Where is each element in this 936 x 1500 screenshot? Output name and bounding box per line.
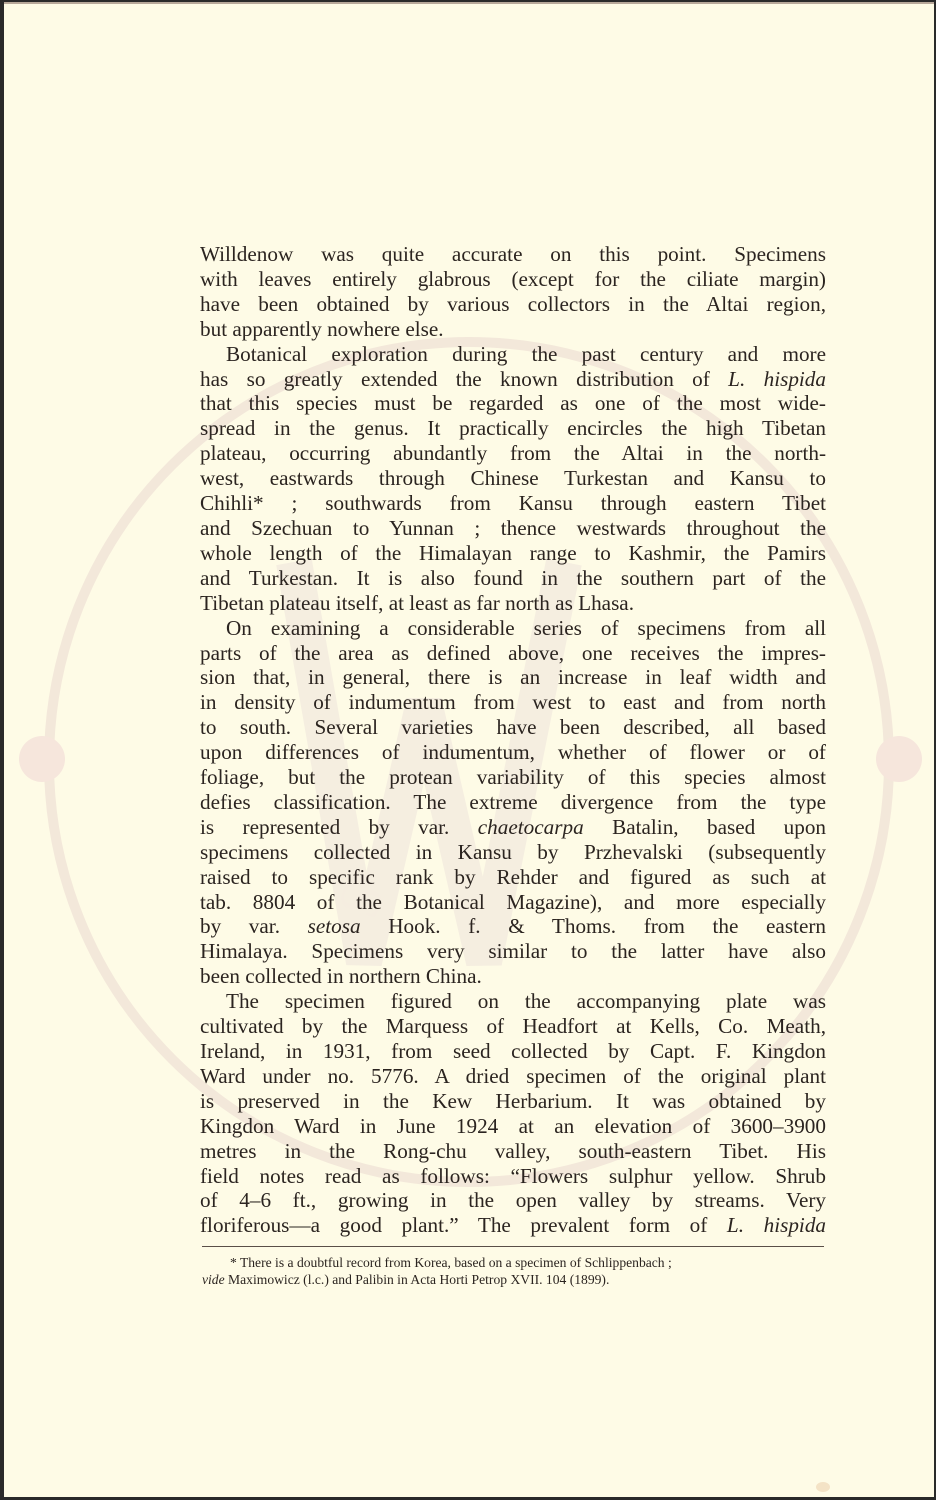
- text-line: with leaves entirely glabrous (except fo…: [200, 267, 826, 292]
- text-line: field notes read as follows: “Flowers su…: [200, 1164, 826, 1189]
- paper-stain: [816, 1482, 830, 1492]
- paragraph-3: On examining a considerable series of sp…: [200, 616, 826, 990]
- text-line: is represented by var. chaetocarpa Batal…: [200, 815, 826, 840]
- text-line: floriferous—a good plant.” The prevalent…: [200, 1213, 826, 1238]
- text-line: Ireland, in 1931, from seed collected by…: [200, 1039, 826, 1064]
- text-line: metres in the Rong-chu valley, south-eas…: [200, 1139, 826, 1164]
- paragraph-4: The specimen figured on the accompanying…: [200, 989, 826, 1238]
- text-span: Batalin, based upon: [584, 815, 826, 839]
- text-line: Kingdon Ward in June 1924 at an elevatio…: [200, 1114, 826, 1139]
- text-line: west, eastwards through Chinese Turkesta…: [200, 466, 826, 491]
- text-line: been collected in northern China.: [200, 964, 826, 989]
- text-line: that this species must be regarded as on…: [200, 391, 826, 416]
- text-line: upon differences of indumentum, whether …: [200, 740, 826, 765]
- page-edge: [4, 2, 934, 4]
- paragraph-1: Willdenow was quite accurate on this poi…: [200, 242, 826, 342]
- text-line: and Szechuan to Yunnan ; thence westward…: [200, 516, 826, 541]
- text-line: specimens collected in Kansu by Przheval…: [200, 840, 826, 865]
- text-line: cultivated by the Marquess of Headfort a…: [200, 1014, 826, 1039]
- body-text: Willdenow was quite accurate on this poi…: [200, 242, 826, 1238]
- text-span: has so greatly extended the known distri…: [200, 367, 728, 391]
- text-line: to south. Several varieties have been de…: [200, 715, 826, 740]
- text-line: Tibetan plateau itself, at least as far …: [200, 591, 826, 616]
- text-span: is represented by var.: [200, 815, 478, 839]
- text-line: parts of the area as defined above, one …: [200, 641, 826, 666]
- text-line: is preserved in the Kew Herbarium. It wa…: [200, 1089, 826, 1114]
- text-line: has so greatly extended the known distri…: [200, 367, 826, 392]
- text-line: Ward under no. 5776. A dried specimen of…: [200, 1064, 826, 1089]
- footnote-line: * There is a doubtful record from Korea,…: [202, 1254, 824, 1271]
- footnote-italic: vide: [202, 1272, 225, 1287]
- text-span: Maximowicz (l.c.) and Palibin in Acta Ho…: [225, 1272, 610, 1287]
- text-line: plateau, occurring abundantly from the A…: [200, 441, 826, 466]
- text-line: sion that, in general, there is an incre…: [200, 665, 826, 690]
- text-line: raised to specific rank by Rehder and fi…: [200, 865, 826, 890]
- text-line: The specimen figured on the accompanying…: [200, 989, 826, 1014]
- text-line: but apparently nowhere else.: [200, 317, 826, 342]
- text-line: On examining a considerable series of sp…: [200, 616, 826, 641]
- text-line: whole length of the Himalayan range to K…: [200, 541, 826, 566]
- document-page: S Willdenow was quite accurate on this p…: [4, 2, 934, 1497]
- text-line: by var. setosa Hook. f. & Thoms. from th…: [200, 914, 826, 939]
- text-span: Hook. f. & Thoms. from the eastern: [361, 914, 826, 938]
- text-line: Willdenow was quite accurate on this poi…: [200, 242, 826, 267]
- footnote-divider: [202, 1246, 824, 1247]
- text-span: floriferous—a good plant.” The prevalent…: [200, 1213, 727, 1237]
- variety-name: setosa: [308, 914, 361, 938]
- text-line: defies classification. The extreme diver…: [200, 790, 826, 815]
- paragraph-2: Botanical exploration during the past ce…: [200, 342, 826, 616]
- variety-name: chaetocarpa: [478, 815, 584, 839]
- text-line: of 4–6 ft., growing in the open valley b…: [200, 1188, 826, 1213]
- text-line: Botanical exploration during the past ce…: [200, 342, 826, 367]
- text-line: Himalaya. Specimens very similar to the …: [200, 939, 826, 964]
- text-line: have been obtained by various collectors…: [200, 292, 826, 317]
- text-line: foliage, but the protean variability of …: [200, 765, 826, 790]
- species-name: L. hispida: [727, 1213, 826, 1237]
- text-line: tab. 8804 of the Botanical Magazine), an…: [200, 890, 826, 915]
- footnote: * There is a doubtful record from Korea,…: [202, 1254, 824, 1288]
- species-name: L. hispida: [728, 367, 826, 391]
- text-line: spread in the genus. It practically enci…: [200, 416, 826, 441]
- text-line: Chihli* ; southwards from Kansu through …: [200, 491, 826, 516]
- text-span: by var.: [200, 914, 308, 938]
- footnote-line: vide Maximowicz (l.c.) and Palibin in Ac…: [202, 1271, 824, 1288]
- text-line: in density of indumentum from west to ea…: [200, 690, 826, 715]
- text-line: and Turkestan. It is also found in the s…: [200, 566, 826, 591]
